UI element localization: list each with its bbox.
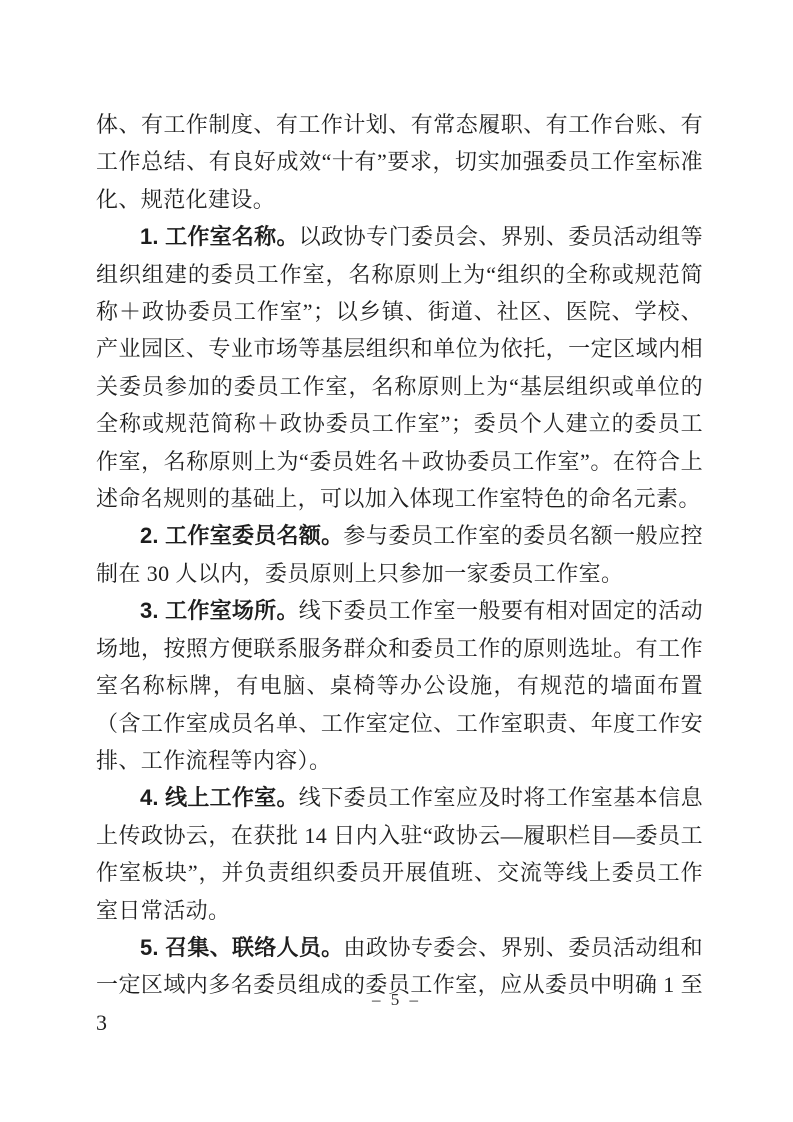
paragraph: 3. 工作室场所。线下委员工作室一般要有相对固定的活动场地，按照方便联系服务群众…: [96, 592, 703, 779]
document-body: 体、有工作制度、有工作计划、有常态履职、有工作台账、有工作总结、有良好成效“十有…: [96, 106, 703, 1041]
paragraph-text: 体、有工作制度、有工作计划、有常态履职、有工作台账、有工作总结、有良好成效“十有…: [96, 112, 703, 212]
paragraph: 1. 工作室名称。以政协专门委员会、界别、委员活动组等组织组建的委员工作室，名称…: [96, 218, 703, 517]
paragraph: 5. 召集、联络人员。由政协专委会、界别、委员活动组和一定区域内多名委员组成的委…: [96, 929, 703, 1041]
paragraph-text: 线下委员工作室一般要有相对固定的活动场地，按照方便联系服务群众和委员工作的原则选…: [96, 598, 703, 773]
document-page: 体、有工作制度、有工作计划、有常态履职、有工作台账、有工作总结、有良好成效“十有…: [0, 0, 793, 1122]
paragraph-heading: 3. 工作室场所。: [140, 598, 299, 623]
paragraph: 2. 工作室委员名额。参与委员工作室的委员名额一般应控制在 30 人以内，委员原…: [96, 517, 703, 592]
paragraph-heading: 4. 线上工作室。: [140, 785, 299, 810]
paragraph-text: 以政协专门委员会、界别、委员活动组等组织组建的委员工作室，名称原则上为“组织的全…: [96, 224, 703, 511]
paragraph: 4. 线上工作室。线下委员工作室应及时将工作室基本信息上传政协云，在获批 14 …: [96, 779, 703, 929]
paragraph-heading: 2. 工作室委员名额。: [140, 523, 343, 548]
paragraph: 体、有工作制度、有工作计划、有常态履职、有工作台账、有工作总结、有良好成效“十有…: [96, 106, 703, 218]
paragraph-heading: 1. 工作室名称。: [140, 224, 299, 249]
page-number: – 5 –: [0, 990, 793, 1010]
paragraph-heading: 5. 召集、联络人员。: [140, 935, 343, 960]
